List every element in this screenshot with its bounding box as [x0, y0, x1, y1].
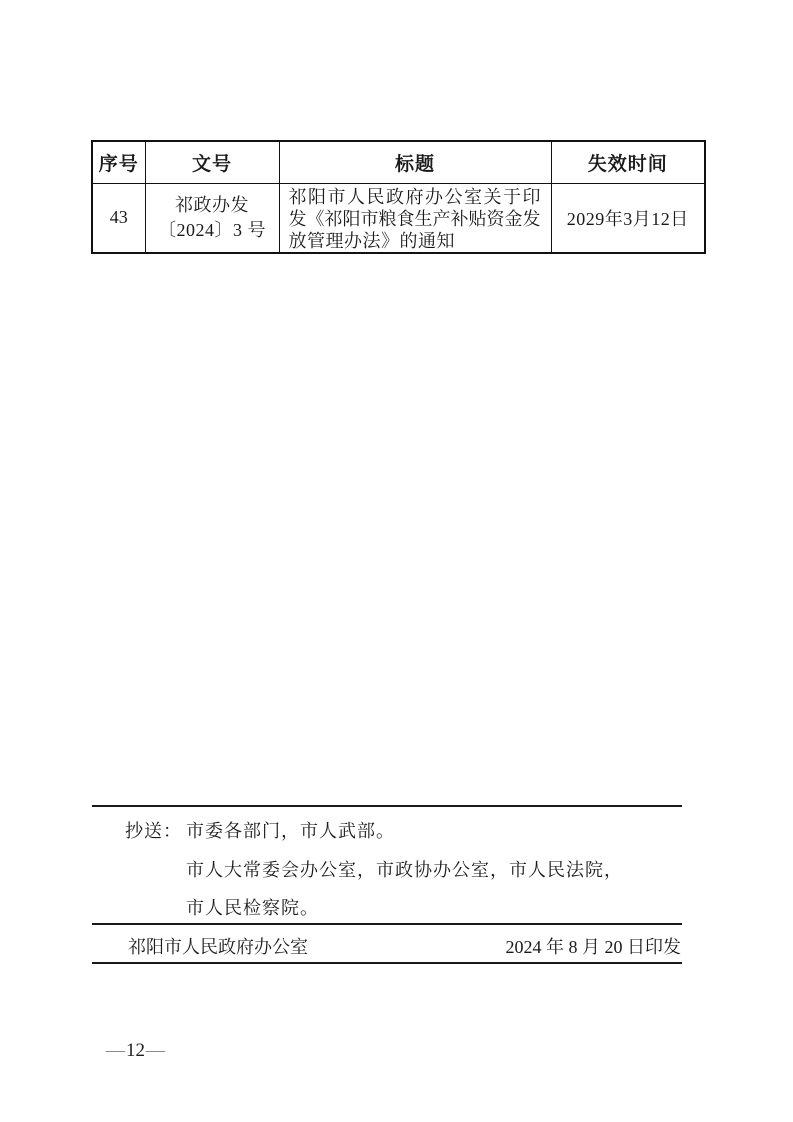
copy-to-line2: 市人大常委会办公室，市政协办公室，市人民法院， — [186, 860, 623, 881]
page-number: —12— — [106, 1040, 165, 1062]
colophon-middle-rule — [92, 923, 682, 925]
header-doc-number: 文号 — [145, 141, 279, 183]
document-title-line2: 发《祁阳市粮食生产补贴资金发 — [289, 208, 543, 230]
table-header-row: 序号 文号 标题 失效时间 — [92, 141, 705, 183]
page-number-dash-left: — — [106, 1040, 125, 1061]
page-number-dash-right: — — [146, 1040, 165, 1061]
cell-expiry-date: 2029年3月12日 — [551, 183, 705, 253]
cell-document-number: 祁政办发 〔2024〕3 号 — [145, 183, 279, 253]
print-date: 2024 年 8 月 20 日印发 — [506, 937, 682, 958]
cell-document-title: 祁阳市人民政府办公室关于印 发《祁阳市粮食生产补贴资金发 放管理办法》的通知 — [279, 183, 551, 253]
header-serial: 序号 — [92, 141, 145, 183]
expired-documents-table: 序号 文号 标题 失效时间 43 祁政办发 〔2024〕3 号 祁阳市人民政府办… — [91, 140, 706, 254]
table-row: 43 祁政办发 〔2024〕3 号 祁阳市人民政府办公室关于印 发《祁阳市粮食生… — [92, 183, 705, 253]
colophon-top-rule — [92, 805, 682, 807]
colophon-bottom-rule — [92, 962, 682, 964]
document-title-line3: 放管理办法》的通知 — [289, 230, 543, 252]
header-title: 标题 — [279, 141, 551, 183]
copy-to-label: 抄送： — [125, 821, 182, 842]
issuing-office: 祁阳市人民政府办公室 — [128, 937, 308, 958]
page-number-value: 12 — [125, 1040, 146, 1061]
copy-to-line3: 市人民检察院。 — [186, 898, 319, 919]
header-expiry-time: 失效时间 — [551, 141, 705, 183]
copy-to-line1: 市委各部门，市人武部。 — [186, 821, 395, 842]
document-page: 序号 文号 标题 失效时间 43 祁政办发 〔2024〕3 号 祁阳市人民政府办… — [0, 0, 793, 1122]
cell-serial-number: 43 — [92, 183, 145, 253]
document-number-line1: 祁政办发 — [146, 193, 279, 218]
document-number-line2: 〔2024〕3 号 — [146, 218, 279, 243]
document-title-line1: 祁阳市人民政府办公室关于印 — [289, 186, 543, 208]
